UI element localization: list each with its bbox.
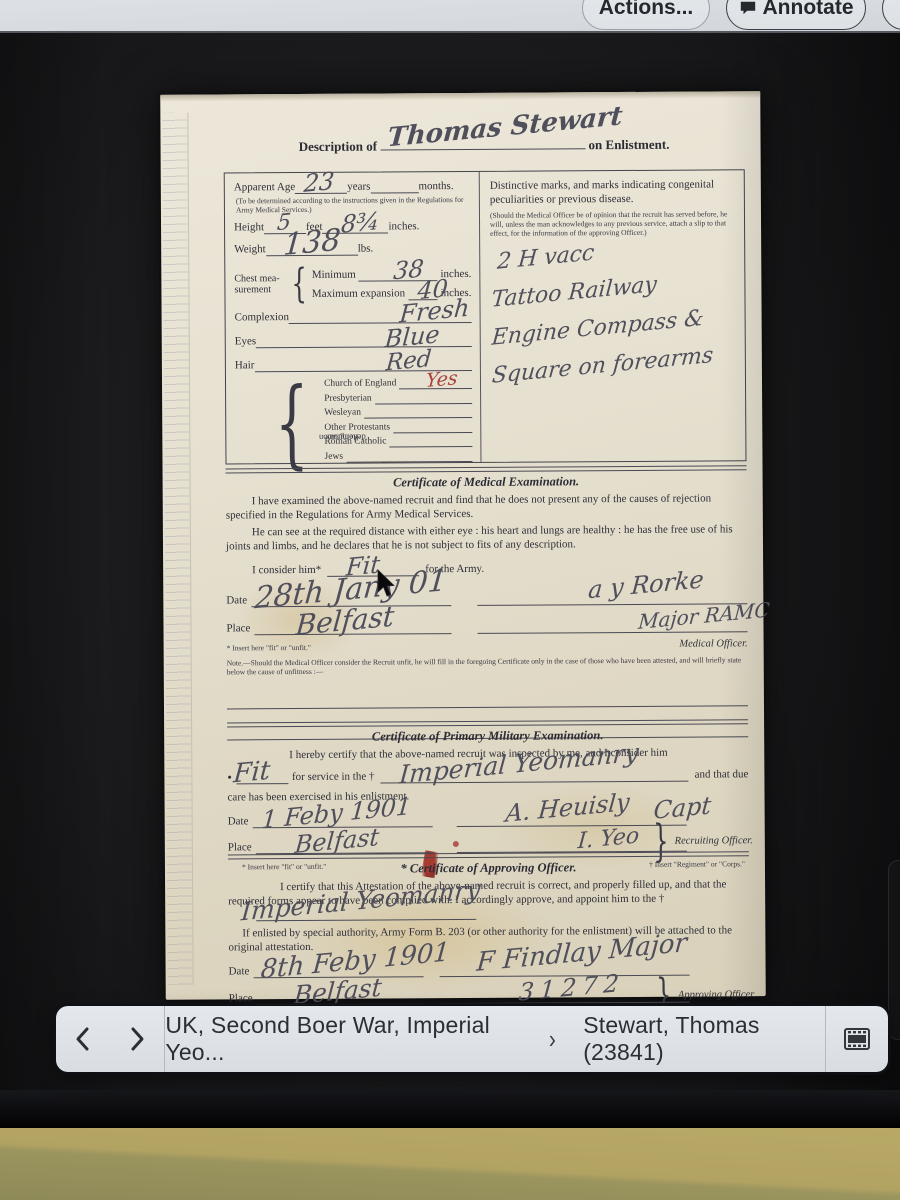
religion-row: Wesleyan <box>324 407 472 419</box>
description-table: Apparent Age 23 years months. (To be det… <box>224 169 747 464</box>
complexion-blank: Fresh <box>289 312 472 324</box>
consider-blank: Fit <box>327 565 419 577</box>
consider-prefix: I consider him* <box>252 563 321 577</box>
chevron-left-icon <box>72 1026 94 1052</box>
eyes-blank: Blue <box>256 336 472 348</box>
document-page: Description of Thomas Stewart on Enlistm… <box>160 91 766 1000</box>
service-prefix: for service in the † <box>292 770 375 785</box>
medical-para1: I have examined the above-named recruit … <box>226 491 747 522</box>
blank-rule <box>227 695 748 709</box>
months-blank <box>370 182 418 193</box>
religion-row: Presbyterian <box>324 393 472 405</box>
side-panel-edge <box>888 860 900 1040</box>
religion-blank <box>346 451 473 463</box>
handwritten-marks-line: Tattoo Railway <box>491 267 737 312</box>
age-label: Apparent Age <box>234 180 295 194</box>
approving-para2: If enlisted by special authority, Army F… <box>228 923 749 954</box>
chest-min-label: Minimum <box>312 267 356 281</box>
primary-para1: I hereby certify that the above-named re… <box>227 745 748 762</box>
chest-min-blank: 38 <box>359 270 438 281</box>
religion-blank <box>393 422 472 433</box>
marks-note: (Should the Medical Officer be of opinio… <box>490 209 735 237</box>
actions-button-label: Actions... <box>599 0 694 20</box>
annotate-icon <box>739 0 757 17</box>
image-viewer-canvas[interactable]: Description of Thomas Stewart on Enlistm… <box>0 33 900 1128</box>
filmstrip-button[interactable] <box>826 1006 888 1072</box>
handwritten-religion-yes: Yes <box>425 369 458 391</box>
age-blank: 23 <box>295 183 347 194</box>
approving-officer-section: * Certificate of Approving Officer. I ce… <box>228 859 750 1023</box>
religion-blank: Yes <box>399 378 472 389</box>
service-suffix: and that due <box>695 767 749 781</box>
handwritten-hair: Red <box>385 348 432 376</box>
place-label: Place <box>229 991 253 1005</box>
recruiting-officer-label: Recruiting Officer. <box>675 835 753 846</box>
top-toolbar: Actions... Annotate <box>0 0 900 33</box>
screen-photo: Actions... Annotate Description of Thoma… <box>0 0 900 1200</box>
date-blank: 8th Feby 1901 <box>253 966 423 978</box>
handwritten-eyes: Blue <box>384 322 441 351</box>
date-blank: 28th Jany 01 <box>251 595 451 607</box>
partial-button[interactable] <box>882 0 900 30</box>
approving-officer-label: Approving Officer. <box>678 989 756 1000</box>
religion-blank <box>375 393 472 405</box>
medical-para2: He can see at the required distance with… <box>226 522 747 553</box>
handwritten-place: Belfast <box>293 975 383 1009</box>
monitor-bezel <box>0 1090 900 1130</box>
inches-label: inches. <box>388 219 419 233</box>
date-label: Date <box>229 964 250 978</box>
annotate-button[interactable]: Annotate <box>726 0 866 30</box>
chest-label: Chest mea- surement <box>234 273 286 295</box>
height-label: Height <box>234 220 264 234</box>
chest-max-blank: 40 <box>408 289 438 300</box>
months-label: months. <box>418 179 453 193</box>
religion-label: Religiousdenomination <box>235 377 262 471</box>
chest-brace: { <box>291 265 307 303</box>
date-blank: 1 Feby 1901 <box>252 816 432 828</box>
date-label: Date <box>226 593 247 607</box>
appoint-blank: Imperial Yeomanry <box>256 909 476 921</box>
mouse-cursor <box>376 569 398 604</box>
handwritten-feet: 5 <box>276 212 292 236</box>
place-blank: Belfast <box>254 623 451 635</box>
hair-label: Hair <box>235 358 255 372</box>
height-feet-blank: 5 <box>264 223 306 234</box>
religion-row: Church of England Yes <box>324 378 472 390</box>
medical-officer-label: Medical Officer. <box>679 638 747 649</box>
medical-heading: Certificate of Medical Examination. <box>226 473 747 491</box>
marks-heading: Distinctive marks, and marks indicating … <box>490 177 735 206</box>
feet-label: feet <box>306 220 323 234</box>
signature-blank: a y Rorke <box>477 593 747 606</box>
handwritten-place: Belfast <box>294 602 395 640</box>
breadcrumb-separator-icon: › <box>549 1024 556 1055</box>
medical-certificate-section: Certificate of Medical Examination. I ha… <box>226 473 749 740</box>
approving-para1: I certify that this Attestation of the a… <box>228 877 749 908</box>
weight-blank: 138 <box>266 245 358 257</box>
religion-row: Jews <box>325 451 473 463</box>
handwritten-marks-line: Square on forearms <box>491 343 737 388</box>
title-name-blank: Thomas Stewart <box>380 136 585 150</box>
complexion-label: Complexion <box>235 310 289 324</box>
approving-heading: * Certificate of Approving Officer. <box>228 859 749 877</box>
inches-label: inches. <box>441 285 472 299</box>
handwritten-place: Belfast <box>294 825 380 857</box>
breadcrumb: UK, Second Boer War, Imperial Yeo... › S… <box>165 1012 824 1066</box>
religion-blank <box>389 436 472 448</box>
document-title: Description of Thomas Stewart on Enlistm… <box>224 135 745 155</box>
place-blank: Belfast <box>257 993 424 1005</box>
bottom-navigation-toolbar: UK, Second Boer War, Imperial Yeo... › S… <box>56 1006 888 1072</box>
primary-heading: Certificate of Primary Military Examinat… <box>227 727 748 745</box>
medical-note: Note.—Should the Medical Officer conside… <box>227 655 748 676</box>
previous-image-button[interactable] <box>56 1006 110 1072</box>
eyes-label: Eyes <box>235 334 256 348</box>
next-image-button[interactable] <box>110 1006 164 1072</box>
signature-rank-blank: Major RAMC <box>477 621 747 634</box>
desk-surface <box>0 1128 900 1200</box>
primary-fit-blank: Fit <box>236 773 288 784</box>
breadcrumb-record[interactable]: Stewart, Thomas (23841) <box>583 1012 824 1066</box>
handwritten-marks-line: Engine Compass & <box>491 305 737 350</box>
title-prefix: Description of <box>299 139 377 154</box>
medical-footnote: * Insert here "fit" or "unfit." <box>227 643 311 653</box>
annotate-button-label: Annotate <box>763 0 854 20</box>
height-inches-blank: 8¾ <box>322 222 388 233</box>
religion-brace: { <box>275 375 309 471</box>
inches-label: inches. <box>440 266 471 280</box>
date-label: Date <box>228 814 249 828</box>
distinctive-marks-column: Distinctive marks, and marks indicating … <box>481 170 746 462</box>
age-note: (To be determined according to the instr… <box>234 195 471 214</box>
breadcrumb-collection[interactable]: UK, Second Boer War, Imperial Yeo... <box>165 1012 522 1066</box>
religious-denomination-block: Religiousdenomination { Church of Englan… <box>235 376 473 471</box>
years-label: years <box>347 180 370 194</box>
ruled-page-edge <box>162 113 193 985</box>
chest-max-label: Maximum expansion <box>312 286 405 301</box>
consider-suffix: for the Army. <box>425 562 484 576</box>
primary-examination-section: Certificate of Primary Military Examinat… <box>227 727 749 871</box>
description-left-column: Apparent Age 23 years months. (To be det… <box>225 172 481 464</box>
place-label: Place <box>226 621 250 635</box>
service-blank: Imperial Yeomanry <box>380 771 688 784</box>
title-suffix: on Enlistment. <box>588 137 669 152</box>
weight-label: Weight <box>234 242 266 256</box>
care-line: care has been exercised in his enlistmen… <box>227 787 748 804</box>
religion-blank <box>364 407 472 419</box>
place-label: Place <box>228 840 252 854</box>
chevron-right-icon <box>126 1026 148 1052</box>
handwritten-signature2: I. Yeo <box>577 825 640 853</box>
actions-button[interactable]: Actions... <box>582 0 710 30</box>
lbs-label: lbs. <box>358 242 374 256</box>
handwritten-age: 23 <box>303 169 335 196</box>
handwritten-chest-min: 38 <box>393 256 425 283</box>
film-strip-icon <box>844 1027 870 1051</box>
